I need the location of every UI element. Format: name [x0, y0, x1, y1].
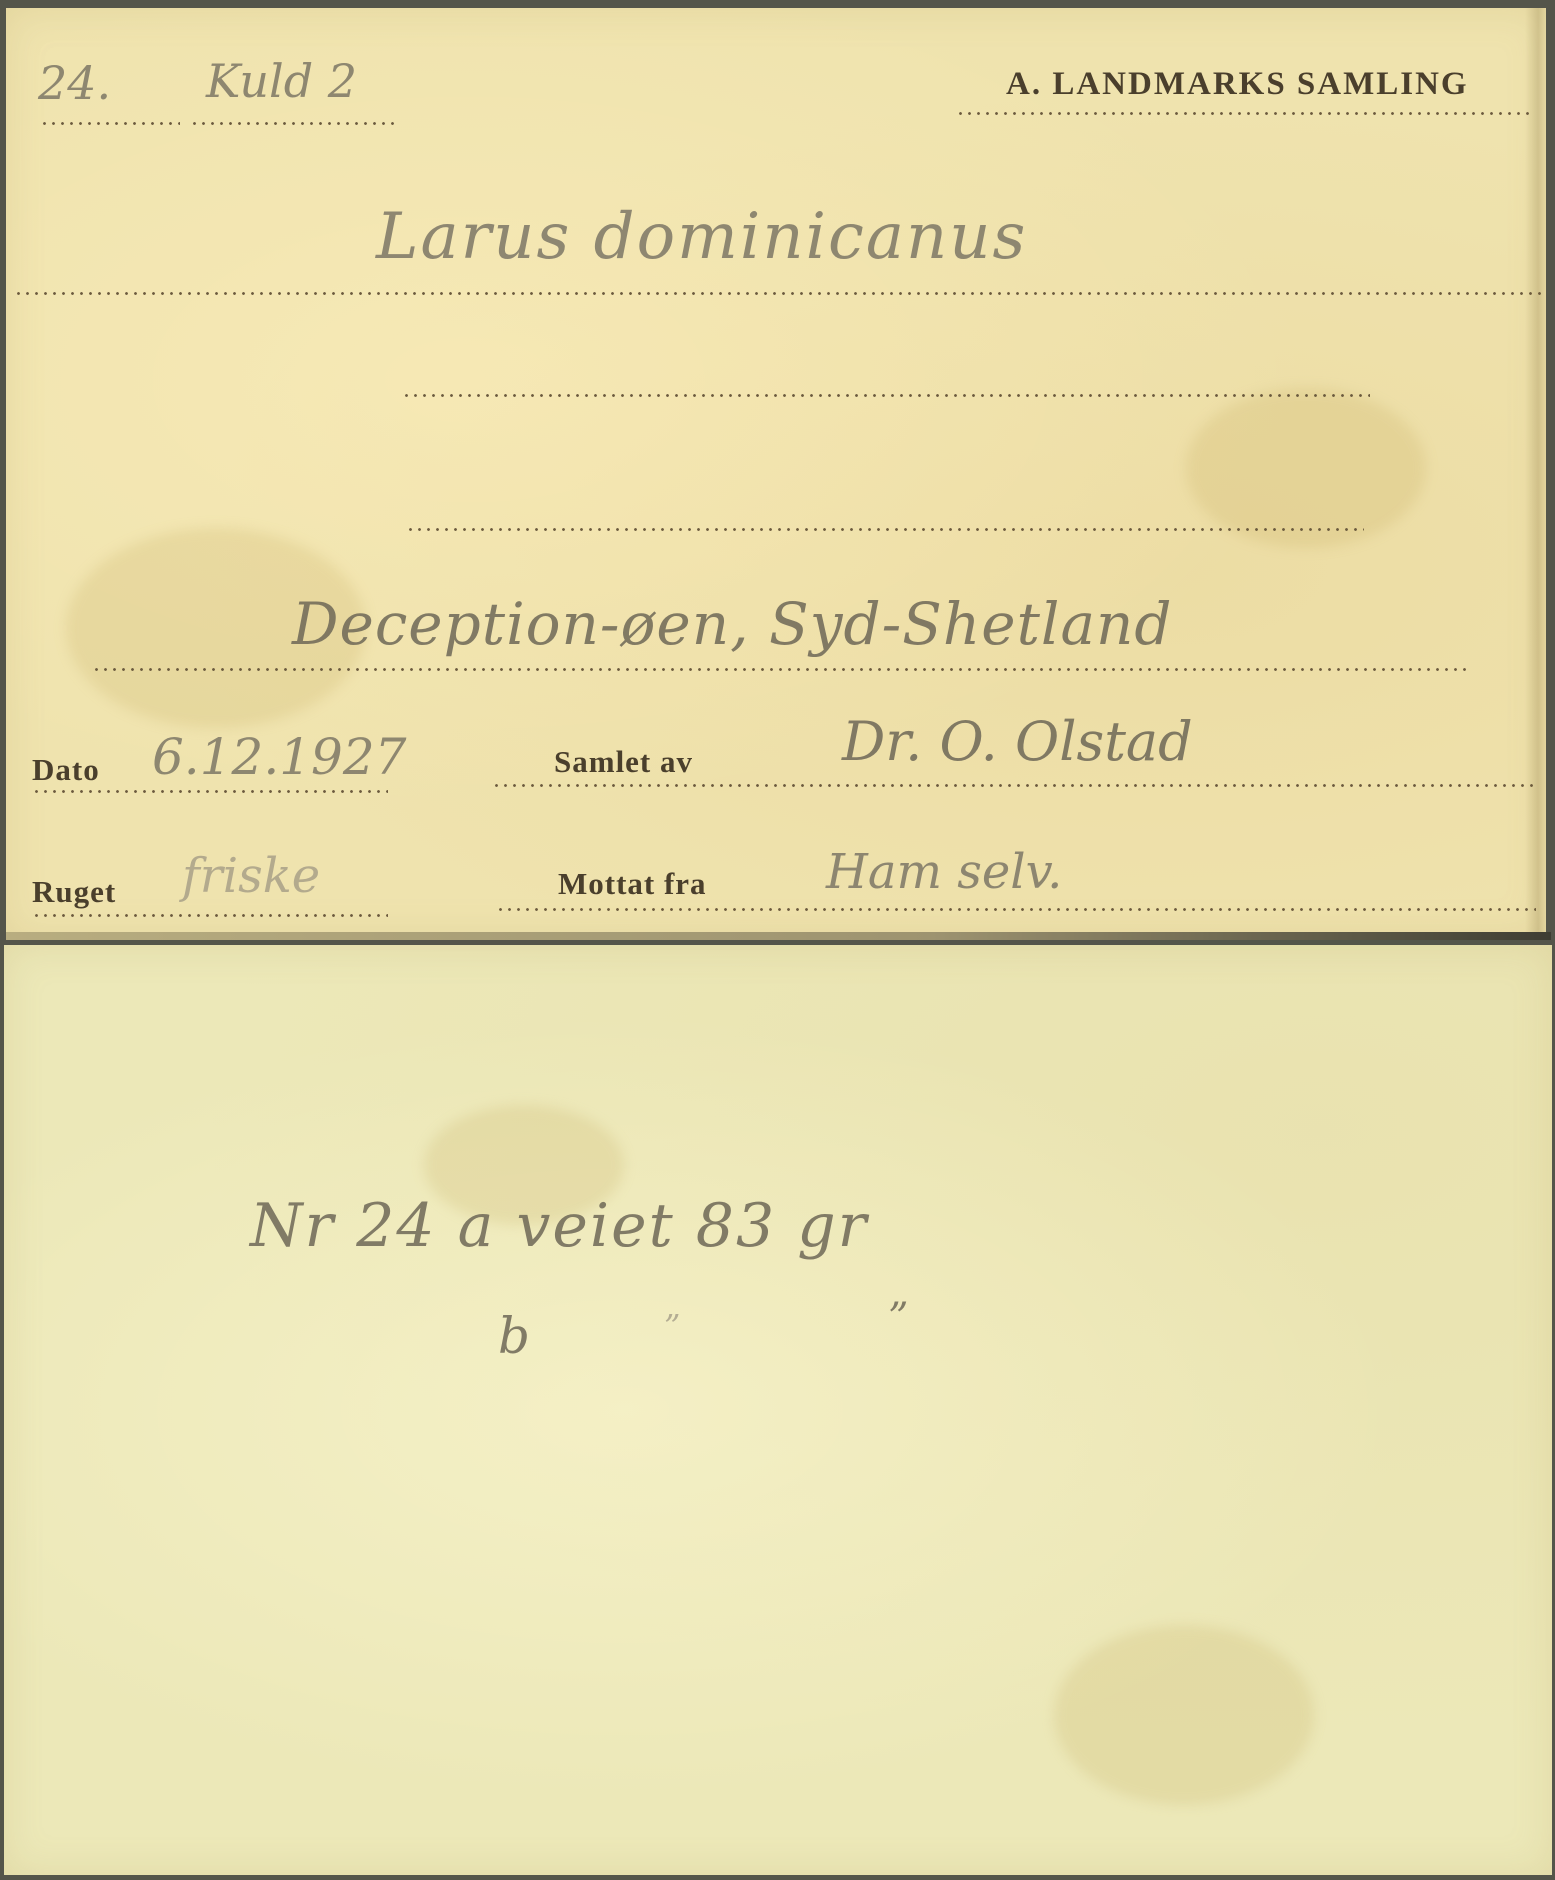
- species-line-2-rule: [402, 394, 1370, 397]
- weight-note-line-2-prefix: b: [498, 1307, 530, 1365]
- received-from-value: Ham selv.: [826, 844, 1062, 900]
- scanned-specimen-label: 24. Kuld 2 A. LANDMARKS SAMLING Larus do…: [0, 0, 1555, 1880]
- collected-by-value: Dr. O. Olstad: [842, 710, 1193, 773]
- species-name: Larus dominicanus: [376, 200, 1027, 274]
- date-rule: [32, 790, 388, 793]
- weight-note-line-1: Nr 24 a veiet 83 gr: [250, 1191, 868, 1261]
- incubated-value: friske: [182, 848, 320, 904]
- card-fold-shadow: [1525, 8, 1547, 938]
- label-front: 24. Kuld 2 A. LANDMARKS SAMLING Larus do…: [6, 8, 1546, 938]
- species-rule: [14, 292, 1544, 295]
- card-front-edge: [6, 932, 1551, 940]
- paper-stain: [1054, 1625, 1314, 1805]
- collected-by-rule: [492, 784, 1536, 787]
- received-from-rule: [496, 908, 1536, 911]
- box-note-rule: [190, 122, 396, 125]
- weight-note-ditto-2: ”: [888, 1295, 908, 1341]
- catalog-number-rule: [40, 122, 180, 125]
- received-from-label: Mottat fra: [558, 866, 707, 902]
- date-label: Dato: [32, 752, 100, 788]
- locality-rule: [92, 668, 1466, 671]
- collection-title: A. LANDMARKS SAMLING: [1006, 66, 1469, 103]
- catalog-number: 24.: [38, 56, 111, 110]
- date-value: 6.12.1927: [152, 728, 406, 786]
- incubated-rule: [32, 914, 388, 917]
- collection-title-rule: [956, 112, 1531, 115]
- weight-note-ditto-1: ”: [664, 1307, 680, 1345]
- species-line-3-rule: [406, 528, 1364, 531]
- box-note: Kuld 2: [206, 54, 357, 108]
- paper-stain: [1186, 388, 1426, 548]
- incubated-label: Ruget: [32, 874, 116, 910]
- label-back: Nr 24 a veiet 83 gr b ” ”: [4, 945, 1552, 1875]
- collected-by-label: Samlet av: [554, 744, 693, 780]
- locality: Deception-øen, Syd-Shetland: [292, 590, 1173, 658]
